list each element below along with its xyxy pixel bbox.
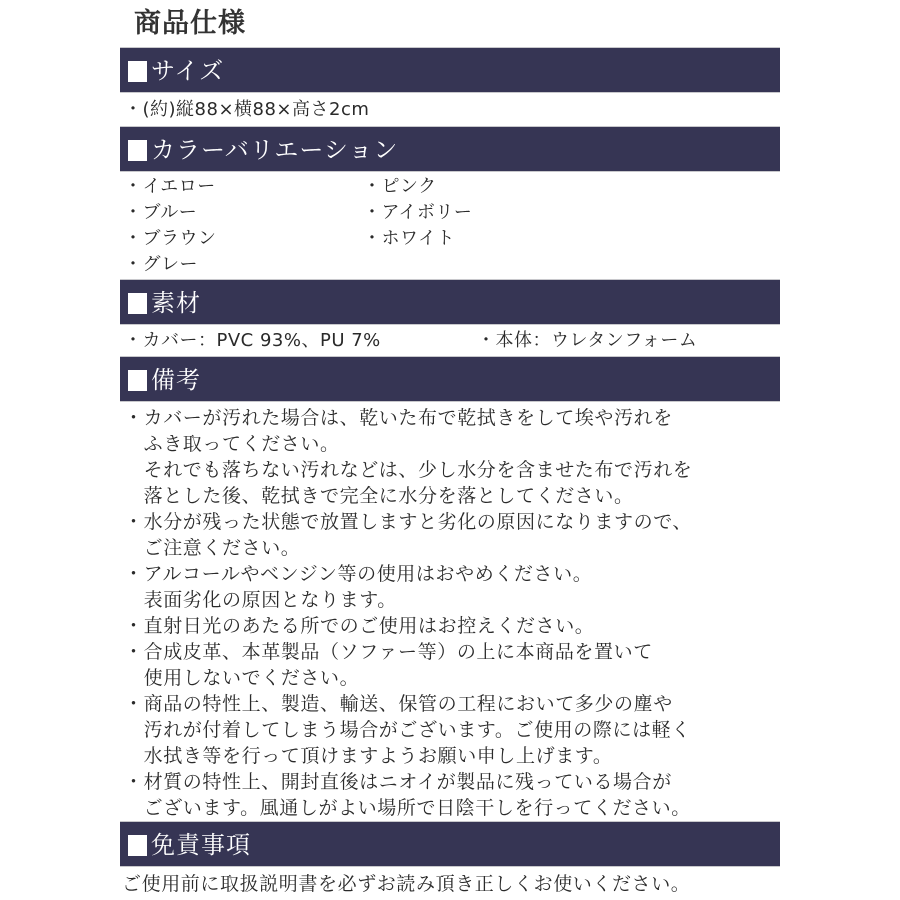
disclaimer-text: ご使用前に取扱説明書を必ずお読み頂き正しくお使いください。 bbox=[122, 871, 690, 897]
color-item: ・ブルー bbox=[124, 200, 197, 226]
section-heading: 素材 bbox=[151, 289, 201, 317]
section-heading: 免責事項 bbox=[151, 831, 251, 859]
section-header-material: 素材 bbox=[120, 279, 780, 325]
note-line: それでも落ちない汚れなどは、少し水分を含ませた布で汚れを bbox=[124, 457, 692, 483]
size-value: ・(約)縦88×横88×高さ2cm bbox=[124, 97, 369, 123]
material-body: ・本体：ウレタンフォーム bbox=[477, 328, 697, 354]
note-line: 汚れが付着してしまう場合がございます。ご使用の際には軽く bbox=[124, 717, 691, 743]
note-line: ・直射日光のあたる所でのご使用はお控えください。 bbox=[124, 613, 594, 639]
note-line: ・材質の特性上、開封直後はニオイが製品に残っている場合が bbox=[124, 769, 672, 795]
color-item: ・アイボリー bbox=[363, 200, 472, 226]
color-item: ・ブラウン bbox=[124, 226, 217, 252]
note-line: ご注意ください。 bbox=[124, 535, 300, 561]
section-heading: 備考 bbox=[151, 366, 201, 394]
note-line: ・合成皮革、本革製品（ソファー等）の上に本商品を置いて bbox=[124, 639, 653, 665]
color-item: ・グレー bbox=[124, 252, 198, 278]
note-line: ・カバーが汚れた場合は、乾いた布で乾拭きをして埃や汚れを bbox=[124, 405, 673, 431]
note-line: 水拭き等を行って頂けますようお願い申し上げます。 bbox=[124, 743, 612, 769]
note-line: ・商品の特性上、製造、輸送、保管の工程において多少の塵や bbox=[124, 691, 673, 717]
page-title: 商品仕様 bbox=[134, 4, 246, 44]
section-heading: サイズ bbox=[151, 57, 224, 85]
note-line: 使用しないでください。 bbox=[124, 665, 359, 691]
square-bullet-icon bbox=[128, 835, 147, 856]
section-header-size: サイズ bbox=[120, 47, 780, 93]
section-header-disclaimer: 免責事項 bbox=[120, 821, 780, 867]
section-header-notes: 備考 bbox=[120, 356, 780, 402]
section-heading: カラーバリエーション bbox=[151, 136, 398, 164]
note-line: ふき取ってください。 bbox=[124, 431, 340, 457]
square-bullet-icon bbox=[128, 370, 147, 391]
square-bullet-icon bbox=[128, 61, 147, 82]
color-item: ・ピンク bbox=[363, 174, 437, 200]
square-bullet-icon bbox=[128, 140, 147, 161]
color-item: ・ホワイト bbox=[363, 226, 455, 252]
color-item: ・イエロー bbox=[124, 174, 216, 200]
material-cover: ・カバー：PVC 93%、PU 7% bbox=[124, 328, 381, 354]
note-line: 落とした後、乾拭きで完全に水分を落としてください。 bbox=[124, 483, 634, 509]
note-line: 表面劣化の原因となります。 bbox=[124, 587, 397, 613]
square-bullet-icon bbox=[128, 293, 147, 314]
section-header-colors: カラーバリエーション bbox=[120, 126, 780, 172]
note-line: ございます。風通しがよい場所で日陰干しを行ってください。 bbox=[124, 795, 691, 821]
note-line: ・水分が残った状態で放置しますと劣化の原因になりますので、 bbox=[124, 509, 692, 535]
note-line: ・アルコールやベンジン等の使用はおやめください。 bbox=[124, 561, 592, 587]
